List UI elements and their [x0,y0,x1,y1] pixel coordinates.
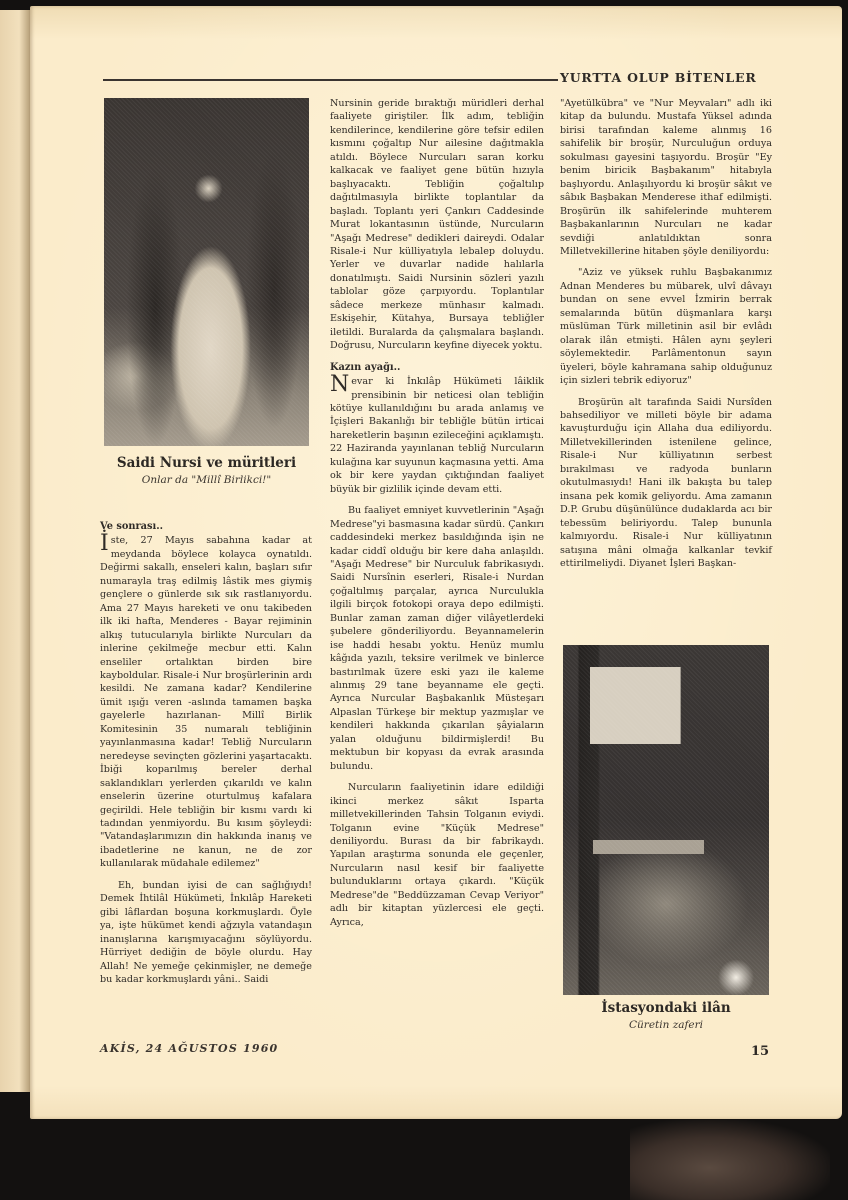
hand-shadow [630,1120,830,1200]
paragraph: "Ayetülkübra" ve "Nur Meyvaları" adlı ik… [560,97,772,258]
caption-subtitle: Cüretin zaferi [563,1019,769,1031]
paragraph: Bu faaliyet emniyet kuvvetlerinin "Aşağı… [330,504,544,773]
paragraph: Nurcuların faaliyetinin idare edildiği i… [330,781,544,929]
paragraph: Eh, bundan iyisi de can sağlığıydı! Deme… [100,879,312,987]
photo-caption-2: İstasyondaki ilân Cüretin zaferi [563,1000,769,1031]
subheading: Ve sonrası.. [100,520,312,533]
section-title: YURTTA OLUP BİTENLER [560,70,757,85]
station-notice-photo [563,645,769,995]
subheading: Kazın ayağı.. [330,361,544,374]
photo-caption-1: Saidi Nursi ve müritleri Onlar da "Millî… [104,455,309,486]
drop-cap: İ [100,534,109,554]
article-column-1: Ve sonrası.. İste, 27 Mayıs sabahına kad… [100,512,312,986]
caption-title: Saidi Nursi ve müritleri [104,455,309,471]
drop-cap: N [330,375,349,395]
paragraph: Nursinin geride bıraktığı müridleri derh… [330,97,544,353]
article-column-3: "Ayetülkübra" ve "Nur Meyvaları" adlı ik… [560,97,772,570]
header-rule [103,79,558,81]
issue-footer: AKİS, 24 AĞUSTOS 1960 [100,1042,278,1055]
paragraph: Broşürün alt tarafında Saidi Nursîden ba… [560,396,772,571]
quote-paragraph: "Aziz ve yüksek ruhlu Başbakanımız Adnan… [560,266,772,387]
adjacent-page-edge [0,10,32,1092]
paragraph: Nevar ki İnkılâp Hükümeti lâiklik prensi… [330,375,544,496]
caption-subtitle: Onlar da "Millî Birlikci!" [104,474,309,486]
paragraph: İste, 27 Mayıs sabahına kadar at meydand… [100,534,312,870]
page-number: 15 [751,1044,769,1059]
caption-title: İstasyondaki ilân [563,1000,769,1016]
article-column-2: Nursinin geride bıraktığı müridleri derh… [330,97,544,929]
saidi-nursi-photo [104,98,309,446]
